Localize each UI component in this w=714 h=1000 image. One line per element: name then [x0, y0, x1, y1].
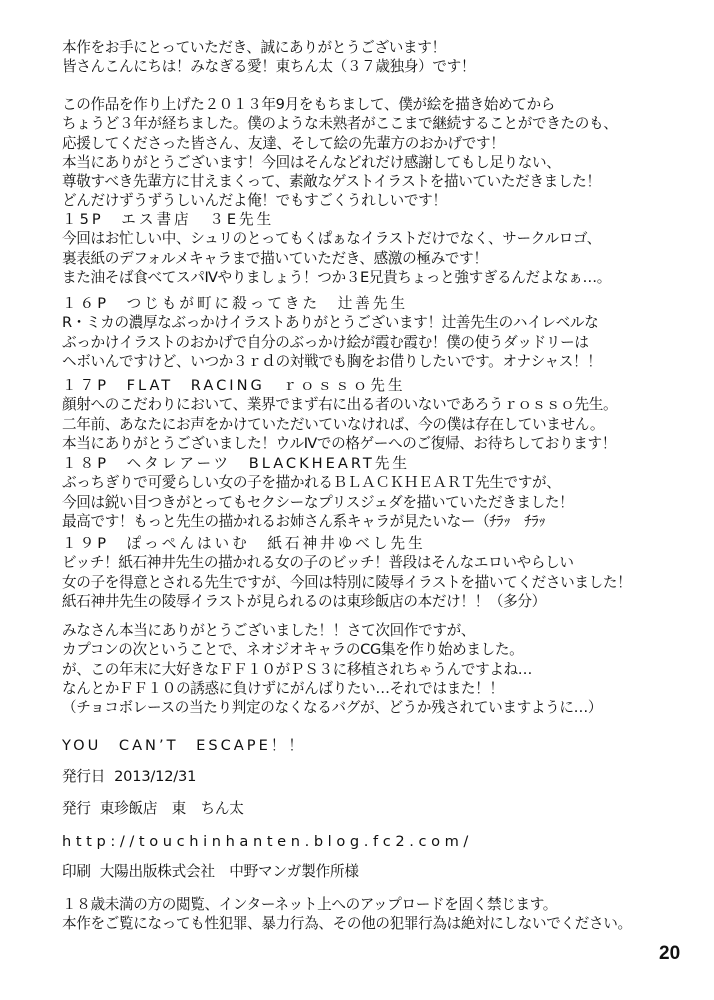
- publisher-value: 東珍飯店 東 ちん太: [100, 800, 244, 817]
- date-value: 2013/12/31: [114, 768, 196, 785]
- text-line: ちょうど３年が経ちました。僕のような未熟者がここまで継続することができたのも、: [62, 114, 702, 133]
- text-line: 本当にありがとうございます！今回はそんなどれだけ感謝してもし足りない、: [62, 153, 702, 172]
- text-line: 尊敬すべき先輩方に甘えまくって、素敵なゲストイラストを描いていただきました！: [62, 172, 702, 191]
- text-line: なんとかＦＦ１０の誘惑に負けずにがんばりたい…それではまた！！: [62, 679, 702, 698]
- text-line: カプコンの次ということで、ネオジオキャラのCG集を作り始めました。: [62, 640, 702, 659]
- colophon-url[interactable]: http://touchinhanten.blog.fc2.com/: [62, 832, 473, 852]
- text-line: どんだけずうずうしいんだよ俺！でもすごくうれしいです！: [62, 191, 702, 210]
- text-line: 今回は鋭い目つきがとってもセクシーなプリスジェダを描いていただきました！: [62, 493, 702, 512]
- colophon-printer: 印刷 大陽出版株式会社 中野マンガ製作所様: [62, 862, 359, 882]
- colophon-title: YOU CAN’T ESCAPE！！: [62, 736, 306, 756]
- guest-heading: １5P エス書店 ３E先生: [62, 210, 702, 229]
- document-page: 本作をお手にとっていただき、誠にありがとうございます！ 皆さんこんにちは！みなぎ…: [0, 0, 714, 1000]
- text-line: ビッチ！紙石神井先生の描かれる女の子のビッチ！普段はそんなエロいやらしい: [62, 553, 702, 572]
- text-line: 紙石神井先生の陵辱イラストが見られるのは東珍飯店の本だけ！！（多分）: [62, 592, 702, 611]
- thanks-paragraph: この作品を作り上げた２０１３年9月をもちまして、僕が絵を描き始めてから ちょうど…: [62, 95, 702, 211]
- text-line: 顔射へのこだわりにおいて、業界でまず右に出る者のいないであろうｒｏｓｓｏ先生。: [62, 395, 702, 414]
- text-line: 本作をご覧になっても性犯罪、暴力行為、その他の犯罪行為は絶対にしないでください。: [62, 914, 702, 933]
- text-line: ぶっかけイラストのおかげで自分のぶっかけ絵が霞む霞む！僕の使うダッドリーは: [62, 333, 702, 352]
- text-line: 皆さんこんにちは！みなぎる愛！東ちん太（３７歳独身）です！: [62, 57, 702, 76]
- text-line: 裏表紙のデフォルメキャラまで描いていただき、感激の極みです！: [62, 249, 702, 268]
- printer-value: 大陽出版株式会社 中野マンガ製作所様: [100, 863, 359, 880]
- closing-paragraph: みなさん本当にありがとうございました！！さて次回作ですが、 カプコンの次というこ…: [62, 621, 702, 717]
- text-line: この作品を作り上げた２０１３年9月をもちまして、僕が絵を描き始めてから: [62, 95, 702, 114]
- text-line: R・ミカの濃厚なぶっかけイラストありがとうございます！辻善先生のハイレベルな: [62, 313, 702, 332]
- text-line: ヘボいんですけど、いつか３ｒｄの対戦でも胸をお借りしたいです。オナシャス！！: [62, 352, 702, 371]
- intro-paragraph: 本作をお手にとっていただき、誠にありがとうございます！ 皆さんこんにちは！みなぎ…: [62, 38, 702, 77]
- legal-notice: １８歳未満の方の閲覧、インターネット上へのアップロードを固く禁じます。 本作をご…: [62, 895, 702, 934]
- guest-heading: １９P ぽっぺんはいむ 紙石神井ゆべし先生: [62, 534, 702, 553]
- text-line: １８歳未満の方の閲覧、インターネット上へのアップロードを固く禁じます。: [62, 895, 702, 914]
- text-line: 最高です！もっと先生の描かれるお姉さん系キャラが見たいなー（ﾁﾗｯ ﾁﾗｯ: [62, 512, 702, 531]
- colophon-date: 発行日 2013/12/31: [62, 767, 196, 787]
- text-line: 本当にありがとうございました！ウルⅣでの格ゲーへのご復帰、お待ちしております！: [62, 434, 702, 453]
- text-line: 応援してくださった皆さん、友達、そして絵の先輩方のおかげです！: [62, 134, 702, 153]
- text-line: また油そば食べてスパⅣやりましょう！つか３E兄貴ちょっと強すぎるんだよなぁ…。: [62, 268, 702, 287]
- text-line: ぶっちぎりで可愛らしい女の子を描かれるＢＬＡＣＫＨＥＡＲＴ先生ですが、: [62, 473, 702, 492]
- text-line: 今回はお忙しい中、シュリのとってもくぱぁなイラストだけでなく、サークルロゴ、: [62, 229, 702, 248]
- text-line: が、この年末に大好きなＦＦ１０がＰＳ３に移植されちゃうんですよね…: [62, 660, 702, 679]
- guest-section-17p: １７P FLAT RACING ｒｏｓｓｏ先生 顔射へのこだわりにおいて、業界で…: [62, 376, 702, 453]
- guest-section-18p: １８P ヘタレアーツ BLACKHEART先生 ぶっちぎりで可愛らしい女の子を描…: [62, 454, 702, 531]
- text-line: 女の子を得意とされる先生ですが、今回は特別に陵辱イラストを描いてくださいました！: [62, 573, 702, 592]
- guest-section-15p: １5P エス書店 ３E先生 今回はお忙しい中、シュリのとってもくぱぁなイラストだ…: [62, 210, 702, 287]
- text-line: 二年前、あなたにお声をかけていただいていなければ、今の僕は存在していません。: [62, 415, 702, 434]
- publisher-label: 発行: [62, 800, 91, 817]
- printer-label: 印刷: [62, 863, 91, 880]
- guest-heading: １８P ヘタレアーツ BLACKHEART先生: [62, 454, 702, 473]
- text-line: 本作をお手にとっていただき、誠にありがとうございます！: [62, 38, 702, 57]
- guest-section-16p: １６P つじもが町に殺ってきた 辻善先生 R・ミカの濃厚なぶっかけイラストありが…: [62, 294, 702, 371]
- text-line: みなさん本当にありがとうございました！！さて次回作ですが、: [62, 621, 702, 640]
- guest-heading: １７P FLAT RACING ｒｏｓｓｏ先生: [62, 376, 702, 395]
- colophon-publisher: 発行 東珍飯店 東 ちん太: [62, 799, 244, 819]
- text-line: （チョコボレースの当たり判定のなくなるバグが、どうか残されていますように…）: [62, 698, 702, 717]
- guest-section-19p: １９P ぽっぺんはいむ 紙石神井ゆべし先生 ビッチ！紙石神井先生の描かれる女の子…: [62, 534, 702, 611]
- guest-heading: １６P つじもが町に殺ってきた 辻善先生: [62, 294, 702, 313]
- page-number: 20: [659, 943, 680, 965]
- date-label: 発行日: [62, 768, 105, 785]
